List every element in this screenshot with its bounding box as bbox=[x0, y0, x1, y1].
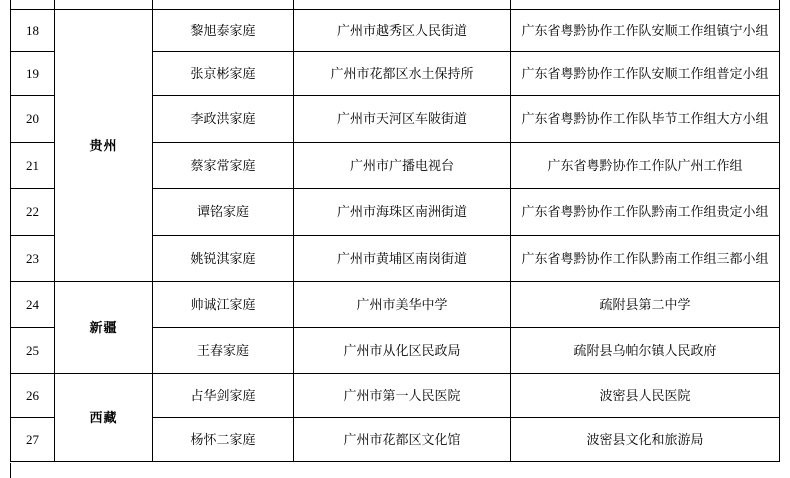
partial-cell bbox=[55, 0, 153, 9]
family-name-cell: 黎旭泰家庭 bbox=[153, 9, 294, 51]
partial-cell bbox=[294, 0, 511, 9]
row-number-cell: 22 bbox=[11, 188, 55, 235]
guangzhou-unit-cell: 广州市黄埔区南岗街道 bbox=[294, 235, 511, 281]
partner-unit-cell: 广东省粤黔协作工作队毕节工作组大方小组 bbox=[511, 95, 780, 142]
row-number-cell: 19 bbox=[11, 51, 55, 95]
province-cell-xizang: 西藏 bbox=[55, 373, 153, 461]
family-name-cell: 张京彬家庭 bbox=[153, 51, 294, 95]
guangzhou-unit-cell: 广州市广播电视台 bbox=[294, 142, 511, 188]
partial-cell bbox=[11, 0, 55, 9]
partner-unit-cell: 广东省粤黔协作工作队安顺工作组镇宁小组 bbox=[511, 9, 780, 51]
guangzhou-unit-cell: 广州市天河区车陂街道 bbox=[294, 95, 511, 142]
family-name-cell: 李政洪家庭 bbox=[153, 95, 294, 142]
row-number-cell: 18 bbox=[11, 9, 55, 51]
row-number-cell: 24 bbox=[11, 281, 55, 327]
family-name-cell: 姚锐淇家庭 bbox=[153, 235, 294, 281]
partner-unit-cell: 广东省粤黔协作工作队黔南工作组贵定小组 bbox=[511, 188, 780, 235]
next-row-left-border bbox=[10, 463, 11, 478]
family-name-cell: 蔡家常家庭 bbox=[153, 142, 294, 188]
row-number-cell: 21 bbox=[11, 142, 55, 188]
family-name-cell: 王春家庭 bbox=[153, 327, 294, 373]
table-row: 24 新疆 帅诚江家庭 广州市美华中学 疏附县第二中学 bbox=[11, 281, 780, 327]
family-name-cell: 杨怀二家庭 bbox=[153, 417, 294, 461]
guangzhou-unit-cell: 广州市花都区文化馆 bbox=[294, 417, 511, 461]
partner-unit-cell: 广东省粤黔协作工作队黔南工作组三都小组 bbox=[511, 235, 780, 281]
guangzhou-unit-cell: 广州市从化区民政局 bbox=[294, 327, 511, 373]
partner-unit-cell: 疏附县第二中学 bbox=[511, 281, 780, 327]
row-number-cell: 25 bbox=[11, 327, 55, 373]
table-row: 26 西藏 占华剑家庭 广州市第一人民医院 波密县人民医院 bbox=[11, 373, 780, 417]
partial-cell bbox=[153, 0, 294, 9]
family-name-cell: 占华剑家庭 bbox=[153, 373, 294, 417]
partner-unit-cell: 广东省粤黔协作工作队安顺工作组普定小组 bbox=[511, 51, 780, 95]
row-number-cell: 27 bbox=[11, 417, 55, 461]
guangzhou-unit-cell: 广州市花都区水土保持所 bbox=[294, 51, 511, 95]
guangzhou-unit-cell: 广州市美华中学 bbox=[294, 281, 511, 327]
partner-unit-cell: 波密县文化和旅游局 bbox=[511, 417, 780, 461]
partial-row-above bbox=[11, 0, 780, 9]
partial-cell bbox=[511, 0, 780, 9]
page: 18 贵州 黎旭泰家庭 广州市越秀区人民街道 广东省粤黔协作工作队安顺工作组镇宁… bbox=[0, 0, 790, 478]
family-name-cell: 谭铭家庭 bbox=[153, 188, 294, 235]
partner-unit-cell: 疏附县乌帕尔镇人民政府 bbox=[511, 327, 780, 373]
row-number-cell: 26 bbox=[11, 373, 55, 417]
guangzhou-unit-cell: 广州市越秀区人民街道 bbox=[294, 9, 511, 51]
table-row: 18 贵州 黎旭泰家庭 广州市越秀区人民街道 广东省粤黔协作工作队安顺工作组镇宁… bbox=[11, 9, 780, 51]
province-cell-xinjiang: 新疆 bbox=[55, 281, 153, 373]
family-name-cell: 帅诚江家庭 bbox=[153, 281, 294, 327]
row-number-cell: 23 bbox=[11, 235, 55, 281]
guangzhou-unit-cell: 广州市海珠区南洲街道 bbox=[294, 188, 511, 235]
row-number-cell: 20 bbox=[11, 95, 55, 142]
partner-unit-cell: 广东省粤黔协作工作队广州工作组 bbox=[511, 142, 780, 188]
assistance-pairs-table: 18 贵州 黎旭泰家庭 广州市越秀区人民街道 广东省粤黔协作工作队安顺工作组镇宁… bbox=[10, 0, 780, 462]
guangzhou-unit-cell: 广州市第一人民医院 bbox=[294, 373, 511, 417]
partner-unit-cell: 波密县人民医院 bbox=[511, 373, 780, 417]
province-cell-guizhou: 贵州 bbox=[55, 9, 153, 281]
